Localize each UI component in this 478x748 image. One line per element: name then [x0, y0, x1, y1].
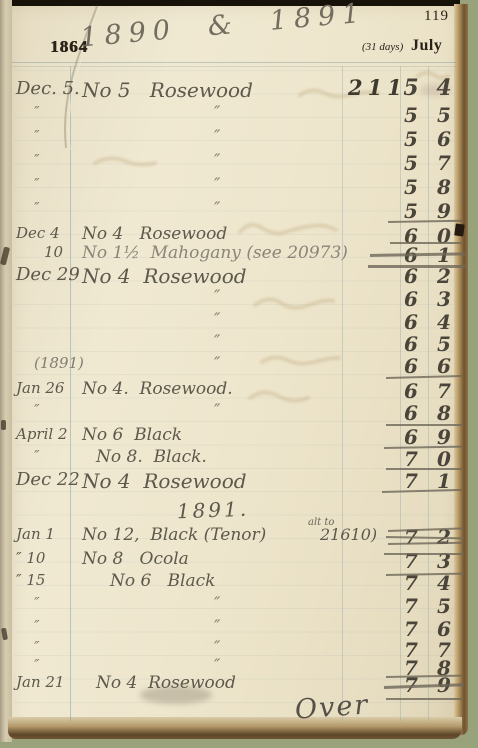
entry-reference: 21610) — [320, 525, 377, 544]
entry-date: ″ 15 — [16, 571, 80, 589]
serial-units: 4 — [430, 75, 458, 101]
entry-description: ″ — [214, 332, 220, 352]
serial-units: 5 — [430, 103, 458, 127]
entry-description: ″ — [214, 617, 220, 637]
header-rule — [12, 66, 456, 67]
ledger-row: ″ ″ 7 5 — [0, 594, 462, 618]
entry-description: No 6 Black — [82, 425, 182, 445]
serial-tens: 5 — [398, 151, 424, 175]
serial-tens: 6 — [398, 379, 424, 403]
entry-date: ″ — [34, 127, 98, 145]
ledger-row: ″ ″ 5 8 — [0, 175, 462, 199]
serial-tens: 6 — [398, 310, 424, 334]
entry-description: No 4 Rosewood — [96, 673, 236, 693]
entry-description: ″ — [214, 594, 220, 614]
entry-date: (1891) — [34, 354, 98, 372]
entry-date: Dec. 5. — [16, 78, 80, 99]
ledger-row: ″ 6 5 — [0, 332, 462, 356]
serial-units: 3 — [430, 287, 458, 311]
serial-tens: 5 — [398, 175, 424, 199]
entry-date: ″ — [34, 175, 98, 193]
serial-tens: 5 — [398, 75, 424, 101]
ledger-row: ″ ″ 5 7 — [0, 151, 462, 175]
entry-description: No 4 Rosewood — [82, 469, 247, 493]
entry-date: Dec 4 — [16, 224, 80, 242]
entry-description: No 8 Ocola — [82, 549, 189, 569]
entry-description: ″ — [214, 354, 220, 374]
month-label: July — [411, 37, 442, 55]
serial-units: 8 — [430, 175, 458, 199]
entry-description: ″ — [214, 127, 220, 147]
ledger-row: Jan 26 No 4. Rosewood. 6 7 — [0, 379, 462, 403]
serial-tens: 6 — [398, 332, 424, 356]
entry-date: April 2 — [16, 425, 80, 443]
ledger-row: ″ ″ 6 8 — [0, 401, 462, 425]
serial-tens: 6 — [398, 401, 424, 425]
serial-tens: 6 — [398, 287, 424, 311]
serial-tens: 5 — [398, 103, 424, 127]
pencil-line — [386, 424, 462, 426]
serial-units: 5 — [430, 594, 458, 618]
entry-date: Jan 1 — [16, 525, 80, 543]
page-edge-bottom — [8, 717, 462, 739]
entry-date: ″ — [34, 594, 98, 612]
entry-date: ″ — [34, 617, 98, 635]
pencil-line — [390, 242, 462, 244]
entry-date: Jan 21 — [16, 673, 80, 691]
ledger-row: Dec 22 No 4 Rosewood 7 1 — [0, 469, 462, 493]
ledger-row: April 2 No 6 Black 6 9 — [0, 425, 462, 449]
serial-units: 5 — [430, 332, 458, 356]
entry-date: ″ 10 — [16, 549, 80, 567]
pencil-line — [384, 553, 464, 555]
ledger-row: ″ 6 4 — [0, 310, 462, 334]
entry-date: Dec 22 — [16, 469, 80, 490]
entry-description: No 4 Rosewood — [82, 224, 227, 244]
serial-units: 7 — [430, 379, 458, 403]
serial-units: 6 — [430, 127, 458, 151]
entry-description: No 4. Rosewood. — [82, 379, 233, 399]
over-note: Over — [294, 689, 370, 725]
serial-tens: 5 — [398, 127, 424, 151]
entry-description: No 6 Black — [110, 571, 215, 591]
entry-date: Jan 26 — [16, 379, 80, 397]
pencil-line — [386, 468, 462, 470]
ledger-row: ″ 6 3 — [0, 287, 462, 311]
ledger-scan: 119 1864 (31 days) July 1890 & 1891 Dec.… — [0, 0, 478, 748]
ledger-row: (1891) ″ 6 6 — [0, 354, 462, 378]
entry-date: ″ — [34, 401, 98, 419]
entry-description: ″ — [214, 151, 220, 171]
entry-date: ″ — [34, 447, 98, 465]
entry-description: ″ — [214, 310, 220, 330]
entry-description: ″ — [214, 401, 220, 421]
mid-year-heading: 1891. — [148, 496, 279, 525]
entry-description: No 12, Black (Tenor) — [82, 525, 266, 545]
serial-units: 7 — [430, 151, 458, 175]
entry-date: Dec 29 — [16, 264, 80, 285]
entry-date: ″ — [34, 638, 98, 656]
serial-tens: 5 — [398, 199, 424, 223]
entry-description: ″ — [214, 199, 220, 219]
ledger-row: ″ ″ 5 5 — [0, 103, 462, 127]
entry-date: ″ — [34, 151, 98, 169]
header-rule — [12, 62, 456, 63]
entry-date: ″ — [34, 199, 98, 217]
pencil-line — [368, 265, 465, 268]
entry-description: No 1½ Mahogany (see 20973) — [82, 243, 348, 263]
serial-tens: 6 — [398, 354, 424, 378]
serial-tens: 7 — [398, 594, 424, 618]
page-edge-top — [12, 0, 460, 6]
entry-description: No 5 Rosewood — [82, 78, 253, 102]
pencil-line — [386, 698, 462, 700]
days-label: (31 days) — [362, 41, 403, 53]
entry-description: No 8. Black. — [96, 447, 207, 467]
serial-units: 8 — [430, 401, 458, 425]
entry-description: ″ — [214, 175, 220, 195]
entry-description: No 4 Rosewood — [82, 264, 247, 288]
ledger-row: ″ ″ 5 9 — [0, 199, 462, 223]
entry-date: ″ — [34, 103, 98, 121]
ledger-row: ″ ″ 5 6 — [0, 127, 462, 151]
ledger-row: Dec. 5. No 5 Rosewood 211 5 4 — [0, 78, 462, 102]
page-number: 119 — [424, 8, 449, 25]
entry-description: ″ — [214, 103, 220, 123]
entry-description: ″ — [214, 287, 220, 307]
entry-description: ″ — [214, 638, 220, 658]
serial-units: 4 — [430, 310, 458, 334]
entry-date: ″ — [34, 656, 98, 674]
